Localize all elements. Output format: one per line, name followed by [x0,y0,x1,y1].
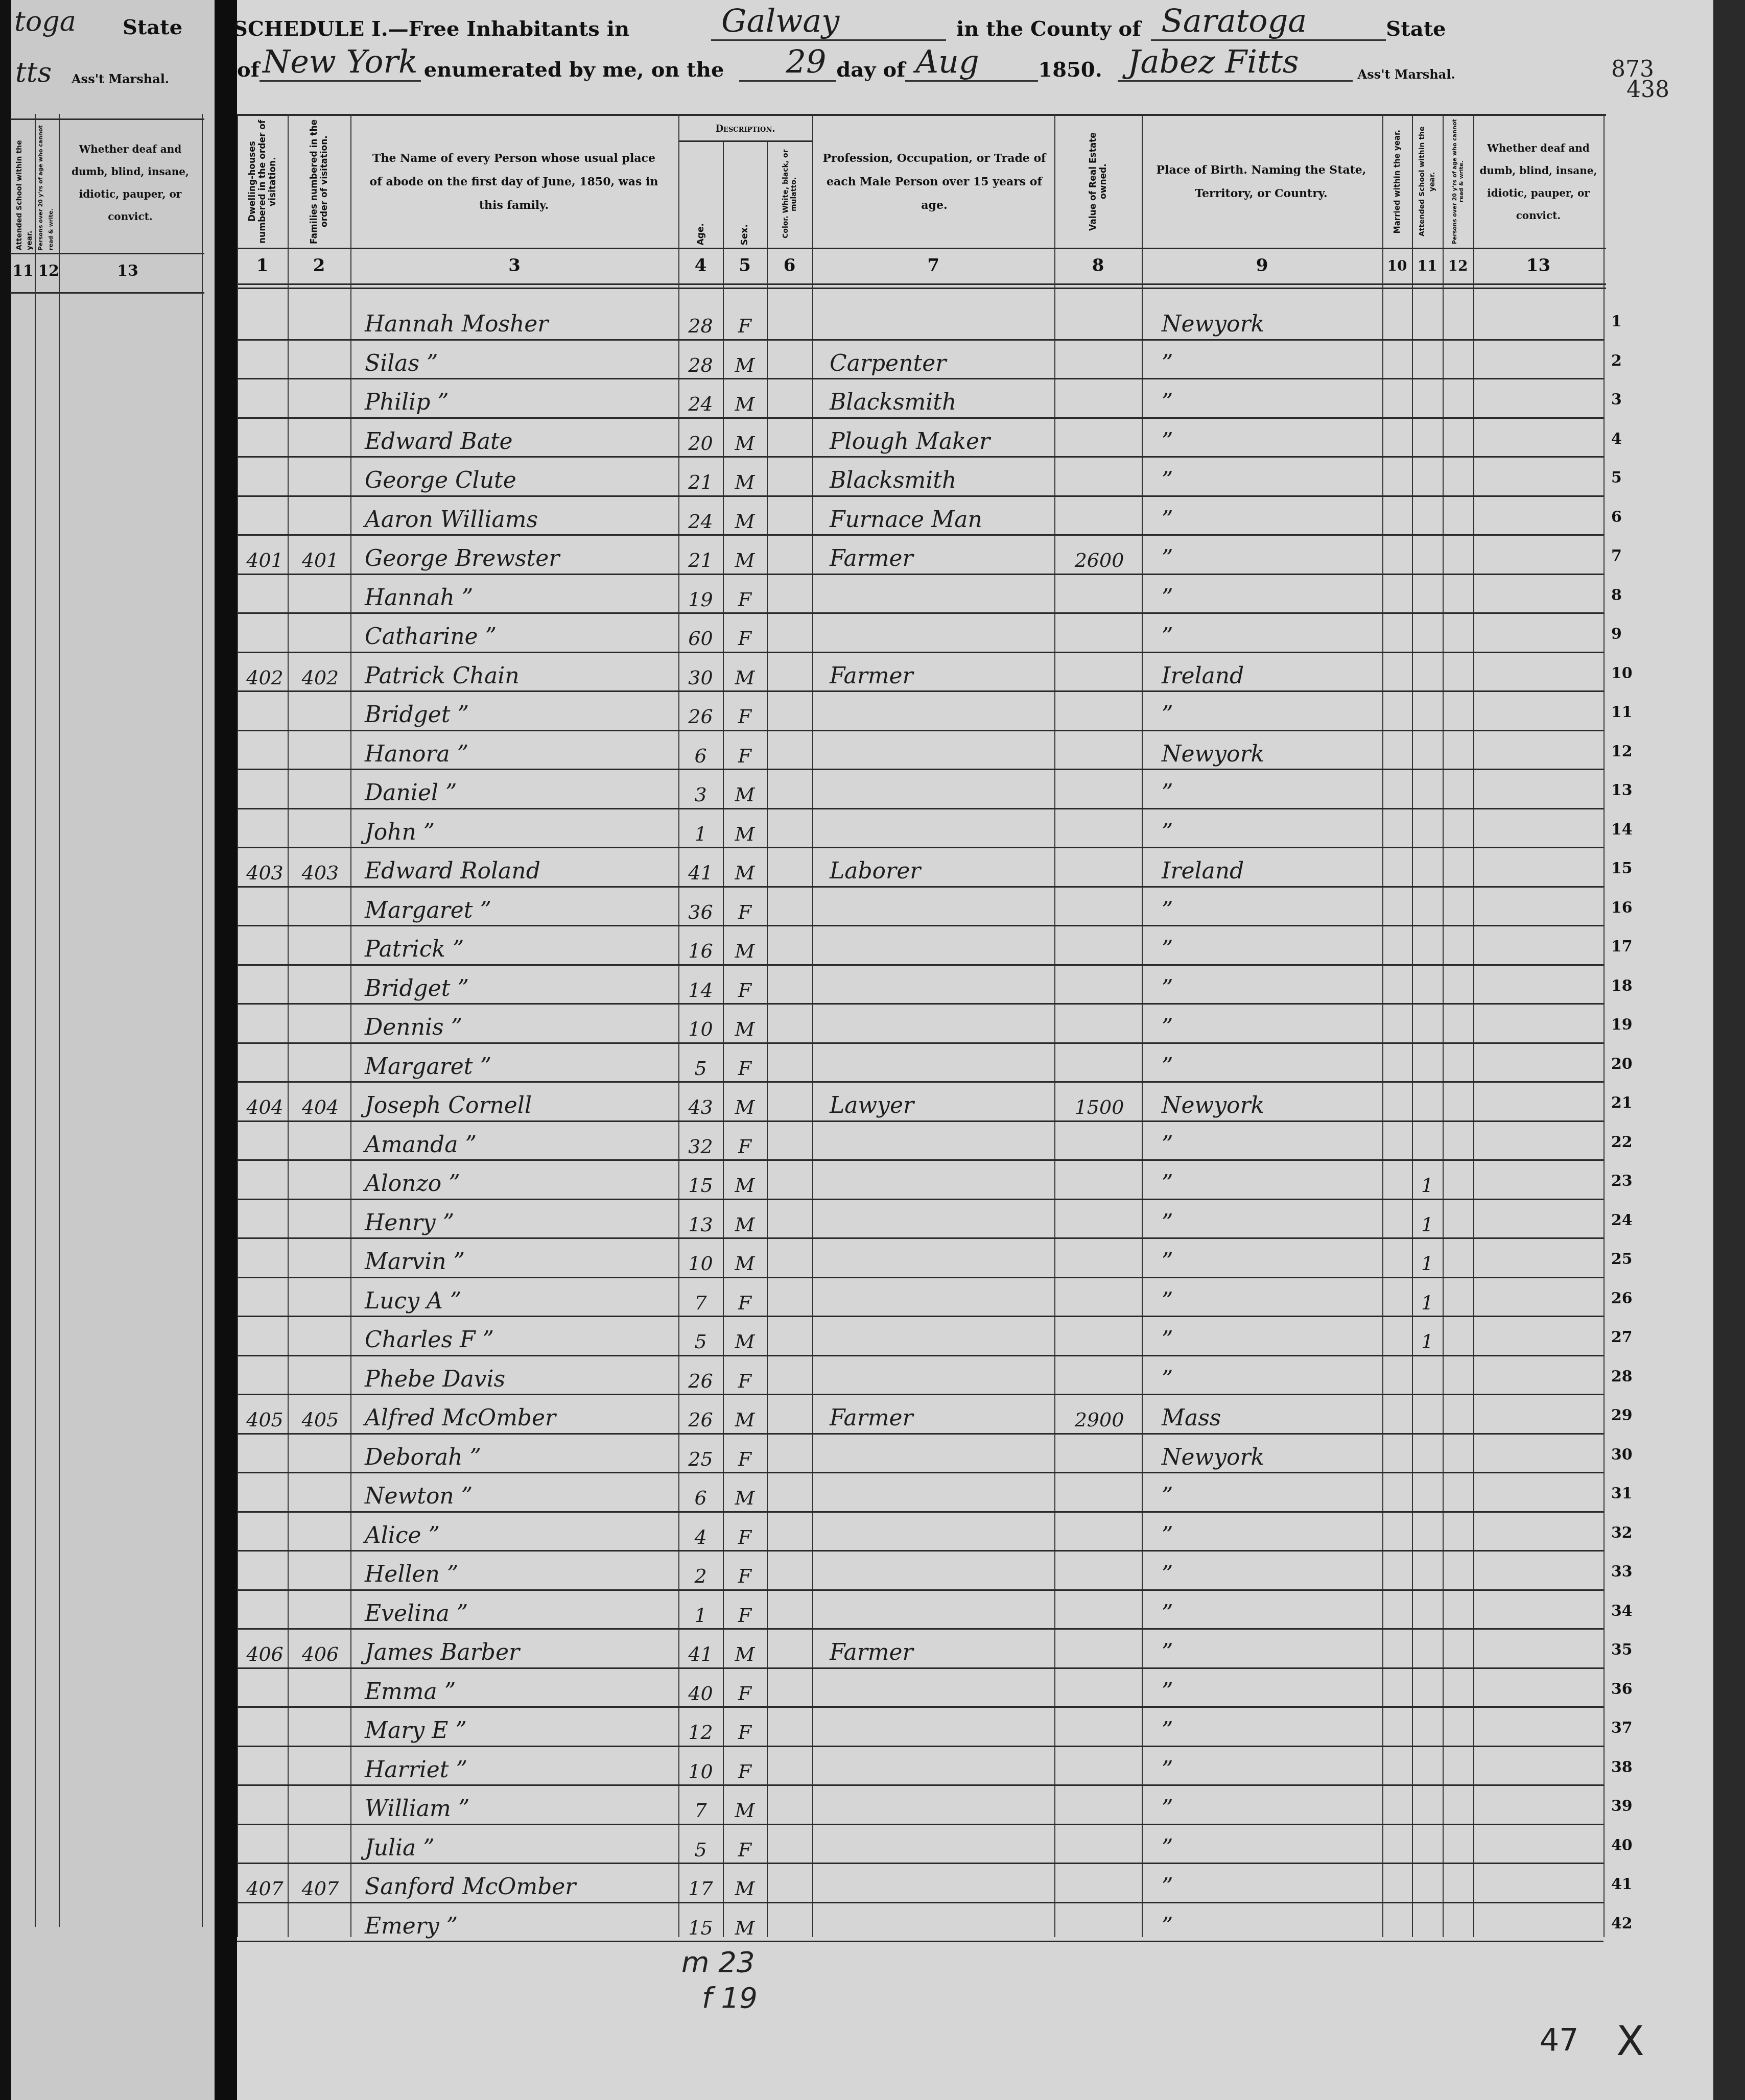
sex: M [723,809,767,849]
person-name: Margaret ” [365,1044,676,1084]
family-number [290,1513,350,1553]
birthplace: Ireland [1162,848,1381,888]
person-name: George Clute [365,458,676,497]
person-name: John ” [365,809,676,849]
family-number [290,1005,350,1044]
sex: F [723,575,767,615]
real-estate-value [1057,848,1142,888]
line-number: 12 [1611,743,1633,760]
age: 12 [678,1708,723,1748]
line-number: 39 [1611,1797,1633,1815]
family-number [290,966,350,1006]
birthplace: ” [1162,536,1381,576]
occupation [830,966,1054,1006]
colnum-2: 2 [288,253,350,278]
table-row: Philip ”24MBlacksmith”3 [237,379,1642,419]
real-estate-value [1057,1630,1142,1669]
table-row: Deborah ”25FNewyork30 [237,1435,1642,1474]
dwelling-number [242,966,288,1006]
line-number: 8 [1611,586,1622,604]
attended-school: 1 [1412,1239,1443,1279]
left-header-col13: Whether deaf and dumb, blind, insane, id… [66,138,194,240]
dwelling-number [242,1747,288,1787]
header-bottom-rule [237,248,1606,249]
colnum-13: 13 [1473,253,1603,278]
line-number: 24 [1611,1211,1633,1229]
colnum-7: 7 [812,253,1054,278]
dwelling-number [242,614,288,654]
attended-school: 1 [1412,1317,1443,1357]
real-estate-value [1057,926,1142,966]
birthplace: ” [1162,692,1381,732]
birthplace: Ireland [1162,653,1381,693]
real-estate-value [1057,341,1142,380]
colnum-12: 12 [1443,253,1473,278]
dwelling-number [242,926,288,966]
person-name: Newton ” [365,1473,676,1513]
occupation [830,731,1054,771]
colnum-3: 3 [350,253,678,278]
line-number: 1 [1611,313,1622,330]
family-number [290,1552,350,1591]
age: 41 [678,848,723,888]
age: 6 [678,731,723,771]
age: 10 [678,1747,723,1787]
sex: F [723,1044,767,1084]
birthplace: Newyork [1162,731,1381,771]
attended-school [1412,1473,1443,1513]
left-colnum-13: 13 [102,258,153,283]
age: 36 [678,888,723,927]
birthplace: ” [1162,1005,1381,1044]
person-name: Philip ” [365,379,676,419]
attended-school [1412,966,1443,1006]
dwelling-number: 401 [242,536,288,576]
dwelling-number [242,888,288,927]
marshal-label: Ass't Marshal. [1358,67,1455,82]
person-name: Patrick Chain [365,653,676,693]
attended-school [1412,1083,1443,1123]
line-number: 11 [1611,703,1633,721]
left-marshal-fragment: tts [15,56,52,88]
family-number [290,1200,350,1240]
table-row: Emma ”40F”36 [237,1669,1642,1709]
dwelling-number [242,1435,288,1474]
table-row: Lucy A ”7F”126 [237,1278,1642,1318]
attended-school [1412,1669,1443,1709]
enumeration-day: 29 [739,43,836,82]
line-number: 2 [1611,352,1622,370]
person-name: Evelina ” [365,1591,676,1631]
sex: F [723,1356,767,1396]
real-estate-value [1057,1122,1142,1162]
dwelling-number: 405 [242,1395,288,1435]
person-name: Silas ” [365,341,676,380]
line-number: 35 [1611,1641,1633,1659]
attended-school [1412,575,1443,615]
birthplace: ” [1162,1044,1381,1084]
occupation: Farmer [830,653,1054,693]
line-number: 17 [1611,938,1633,956]
table-row: Bridget ”14F”18 [237,966,1642,1006]
real-estate-value [1057,1864,1142,1904]
line-number: 23 [1611,1172,1633,1190]
real-estate-value [1057,379,1142,419]
real-estate-value [1057,1513,1142,1553]
occupation: Farmer [830,1630,1054,1669]
line-number: 37 [1611,1719,1633,1737]
table-row: Edward Bate20MPlough Maker”4 [237,419,1642,459]
sex: F [723,888,767,927]
dwelling-number: 402 [242,653,288,693]
footer-tally-females: f 19 [702,1982,758,2015]
occupation: Laborer [830,848,1054,888]
sex: M [723,926,767,966]
attended-school: 1 [1412,1161,1443,1201]
sex: M [723,848,767,888]
occupation [830,301,1054,341]
line-number: 3 [1611,391,1622,409]
table-row: Hannah Mosher28FNewyork1 [237,301,1642,341]
occupation [830,1435,1054,1474]
age: 26 [678,1356,723,1396]
occupation [830,614,1054,654]
line-number: 5 [1611,469,1622,487]
person-name: Bridget ” [365,692,676,732]
table-row: Harriet ”10F”38 [237,1747,1642,1787]
real-estate-value [1057,653,1142,693]
left-marshal-label: Ass't Marshal. [72,71,169,86]
age: 13 [678,1200,723,1240]
attended-school [1412,1903,1443,1943]
table-row: Charles F ”5M”127 [237,1317,1642,1357]
family-number [290,809,350,849]
dwelling-number [242,1356,288,1396]
family-number: 402 [290,653,350,693]
sex: M [723,1239,767,1279]
family-number [290,575,350,615]
real-estate-value [1057,458,1142,497]
person-name: Edward Bate [365,419,676,459]
attended-school [1412,848,1443,888]
sex: F [723,966,767,1006]
table-row: Bridget ”26F”11 [237,692,1642,732]
marshal-name: Jabez Fitts [1118,43,1353,82]
family-number [290,1473,350,1513]
colnum-bottom-rule [237,288,1606,289]
table-row: 401401George Brewster21MFarmer2600”7 [237,536,1642,576]
real-estate-value [1057,1669,1142,1709]
sex: F [723,1552,767,1591]
dwelling-number [242,379,288,419]
family-number [290,1708,350,1748]
age: 1 [678,1591,723,1631]
age: 15 [678,1903,723,1943]
birthplace: ” [1162,497,1381,537]
sex: M [723,1903,767,1943]
dwelling-number [242,1122,288,1162]
person-name: Marvin ” [365,1239,676,1279]
state-label: State [1386,17,1446,41]
age: 21 [678,536,723,576]
sex: M [723,653,767,693]
sex: M [723,1786,767,1826]
table-row: 405405Alfred McOmber26MFarmer2900Mass29 [237,1395,1642,1435]
age: 17 [678,1864,723,1904]
birthplace: ” [1162,1786,1381,1826]
left-header-col12: Persons over 20 y'rs of age who cannot r… [36,123,56,250]
header-disability: Whether deaf and dumb, blind, insane, id… [1476,116,1601,247]
age: 24 [678,379,723,419]
person-name: Hellen ” [365,1552,676,1591]
age: 41 [678,1630,723,1669]
family-number [290,1786,350,1826]
left-rule [10,292,204,294]
table-row: Mary E ”12F”37 [237,1708,1642,1748]
person-name: Dennis ” [365,1005,676,1044]
birthplace: ” [1162,1200,1381,1240]
occupation [830,1473,1054,1513]
family-number [290,458,350,497]
sex: F [723,1825,767,1865]
line-number: 22 [1611,1133,1633,1151]
real-estate-value [1057,497,1142,537]
age: 14 [678,966,723,1006]
occupation [830,692,1054,732]
enumerated-label: enumerated by me, on the [424,58,724,82]
dwelling-number [242,1513,288,1553]
occupation [830,1513,1054,1553]
dwelling-number [242,1239,288,1279]
real-estate-value [1057,1317,1142,1357]
real-estate-value [1057,1786,1142,1826]
family-number: 406 [290,1630,350,1669]
line-number: 16 [1611,899,1633,917]
line-number: 18 [1611,977,1633,995]
colnum-bottom-rule [237,283,1606,285]
dwelling-number [242,497,288,537]
attended-school [1412,379,1443,419]
age: 3 [678,770,723,810]
page-shadow [0,0,11,2100]
occupation [830,1552,1054,1591]
real-estate-value [1057,1356,1142,1396]
line-number: 28 [1611,1368,1633,1386]
book-binding [215,0,237,2100]
table-row: Julia ”5F”40 [237,1825,1642,1865]
birthplace: ” [1162,966,1381,1006]
dwelling-number [242,1317,288,1357]
age: 32 [678,1122,723,1162]
attended-school [1412,1747,1443,1787]
occupation [830,888,1054,927]
family-number [290,1747,350,1787]
birthplace: ” [1162,1669,1381,1709]
attended-school [1412,341,1443,380]
person-name: James Barber [365,1630,676,1669]
line-number: 13 [1611,781,1633,799]
table-row: 403403Edward Roland41MLaborerIreland15 [237,848,1642,888]
attended-school [1412,1591,1443,1631]
occupation: Blacksmith [830,458,1054,497]
occupation [830,1044,1054,1084]
birthplace: ” [1162,575,1381,615]
left-county-fragment: toga [14,5,76,37]
dwelling-number [242,1044,288,1084]
occupation: Blacksmith [830,379,1054,419]
age: 24 [678,497,723,537]
colnum-9: 9 [1142,253,1382,278]
table-row: Aaron Williams24MFurnace Man”6 [237,497,1642,537]
sex: M [723,341,767,380]
county-name: Saratoga [1151,2,1386,41]
attended-school [1412,536,1443,576]
table-row: 406406James Barber41MFarmer”35 [237,1630,1642,1669]
line-number: 30 [1611,1446,1633,1464]
family-number [290,1161,350,1201]
table-row: Emery ”15M”42 [237,1903,1642,1943]
person-name: Patrick ” [365,926,676,966]
attended-school [1412,1122,1443,1162]
occupation: Carpenter [830,341,1054,380]
header-color: Color. White, black, or mulatto. [767,143,812,245]
occupation: Lawyer [830,1083,1054,1123]
family-number [290,419,350,459]
dwelling-number [242,692,288,732]
header-age: Age. [678,143,723,245]
age: 15 [678,1161,723,1201]
age: 21 [678,458,723,497]
occupation [830,1903,1054,1943]
person-name: Deborah ” [365,1435,676,1474]
real-estate-value [1057,1005,1142,1044]
person-name: Hannah Mosher [365,301,676,341]
real-estate-value [1057,1747,1142,1787]
table-row: Catharine ”60F”9 [237,614,1642,654]
age: 16 [678,926,723,966]
dwelling-number: 403 [242,848,288,888]
family-number [290,926,350,966]
line-number: 26 [1611,1290,1633,1307]
attended-school [1412,888,1443,927]
schedule-title: SCHEDULE I.—Free Inhabitants in [233,17,629,41]
sex: M [723,1161,767,1201]
sex: F [723,1669,767,1709]
person-name: Catharine ” [365,614,676,654]
birthplace: ” [1162,1708,1381,1748]
person-name: Joseph Cornell [365,1083,676,1123]
colnum-11: 11 [1412,253,1443,278]
corner-mark: X [1616,2017,1644,2065]
header-real-estate: Value of Real Estate owned. [1054,116,1142,247]
birthplace: ” [1162,809,1381,849]
line-number: 31 [1611,1485,1633,1502]
dwelling-number [242,1278,288,1318]
family-number [290,341,350,380]
person-name: Hannah ” [365,575,676,615]
sex: M [723,536,767,576]
birthplace: ” [1162,458,1381,497]
dwelling-number [242,301,288,341]
sex: M [723,1630,767,1669]
age: 28 [678,301,723,341]
occupation [830,1356,1054,1396]
occupation [830,1591,1054,1631]
line-number: 9 [1611,625,1622,643]
birthplace: ” [1162,926,1381,966]
line-number: 20 [1611,1055,1633,1073]
real-estate-value [1057,770,1142,810]
family-number [290,1669,350,1709]
left-state-label: State [123,15,182,39]
sex: M [723,1473,767,1513]
line-number: 6 [1611,508,1622,526]
dwelling-number [242,575,288,615]
family-number [290,1591,350,1631]
age: 4 [678,1513,723,1553]
family-number [290,379,350,419]
page-number-stamp: 438 [1626,77,1669,103]
line-number: 38 [1611,1758,1633,1776]
attended-school [1412,419,1443,459]
occupation [830,1864,1054,1904]
person-name: George Brewster [365,536,676,576]
person-name: Emery ” [365,1903,676,1943]
person-name: Alonzo ” [365,1161,676,1201]
table-row: Phebe Davis26F”28 [237,1356,1642,1396]
birthplace: ” [1162,419,1381,459]
occupation [830,1161,1054,1201]
sex: M [723,1005,767,1044]
age: 5 [678,1044,723,1084]
dwelling-number [242,1591,288,1631]
age: 5 [678,1825,723,1865]
real-estate-value [1057,419,1142,459]
left-rule [10,253,204,254]
sex: F [723,692,767,732]
person-name: William ” [365,1786,676,1826]
dwelling-number [242,731,288,771]
sex: M [723,770,767,810]
family-number [290,1278,350,1318]
family-number: 401 [290,536,350,576]
real-estate-value: 2600 [1057,536,1142,576]
sex: M [723,379,767,419]
sex: M [723,1200,767,1240]
left-col-line [35,114,36,1927]
header-school: Attended School within the year. [1412,116,1443,247]
birthplace: ” [1162,614,1381,654]
occupation [830,1239,1054,1279]
table-row: 404404Joseph Cornell43MLawyer1500Newyork… [237,1083,1642,1123]
age: 28 [678,341,723,380]
real-estate-value [1057,1903,1142,1943]
age: 7 [678,1278,723,1318]
attended-school [1412,731,1443,771]
sex: M [723,419,767,459]
line-number: 27 [1611,1328,1633,1346]
age: 10 [678,1005,723,1044]
line-number: 21 [1611,1094,1633,1112]
attended-school [1412,1630,1443,1669]
person-name: Julia ” [365,1825,676,1865]
table-row: Patrick ”16M”17 [237,926,1642,966]
age: 5 [678,1317,723,1357]
table-row: Marvin ”10M”125 [237,1239,1642,1279]
line-number: 36 [1611,1680,1633,1698]
header-description-group: Description. [678,118,812,139]
attended-school [1412,458,1443,497]
